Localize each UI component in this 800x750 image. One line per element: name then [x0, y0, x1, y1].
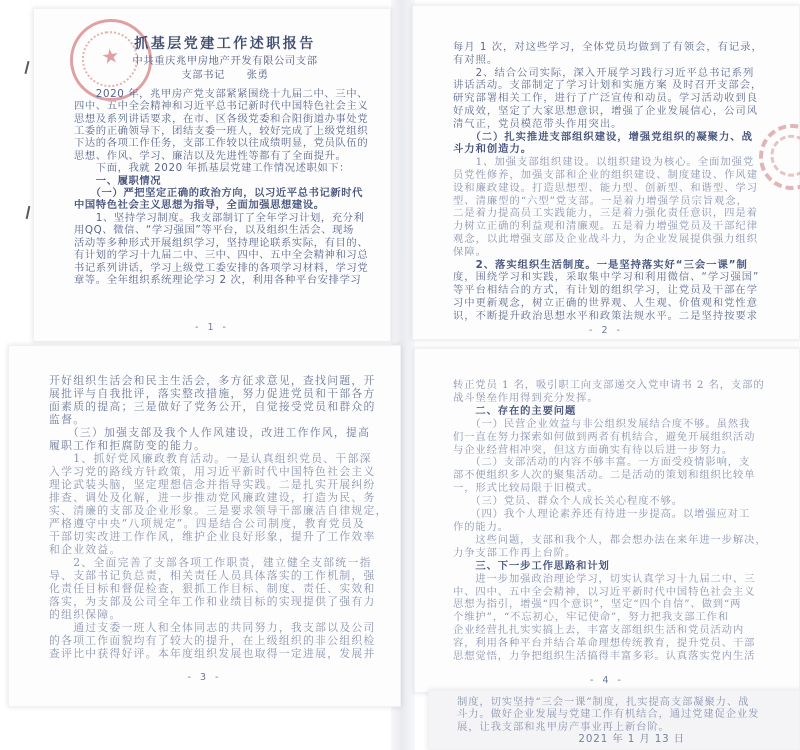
page-1: ★ 抓基层党建工作述职报告中共重庆兆甲房地产开发有限公司支部支部书记 张勇 20…: [33, 8, 391, 342]
text-line: 工委的正确领导下，团结支委一班人，较好完成了上级党组织: [74, 125, 376, 137]
text-line: 用QQ、微信、“学习强国”等平台，以及组织生活会、现场: [74, 224, 376, 236]
page-2: 每月 1 次，对这些学习，全体党员均做到了有领会，有记录，有对照。 2、结合公司…: [412, 5, 800, 340]
text-line: 抓基层党建工作述职报告: [74, 35, 376, 53]
text-line: 思想、作风、学习、廉洁以及先进性等都有了全面提升。: [74, 150, 376, 162]
text-line: 下面，我就 2020 年抓基层党建工作情况述职如下：: [74, 162, 376, 174]
text-line: 导、支部书记负总责，相关责任人员具体落实的工作机制，强: [49, 569, 386, 582]
text-line: 活动等多种形式开展组织学习，坚持理论联系实际，有目的、: [74, 237, 376, 249]
text-line: 开好组织生活会和民主生活会，多方征求意见，查找问题，开: [49, 374, 386, 387]
page-3-content: 开好组织生活会和民主生活会，多方征求意见，查找问题，开展批评与自我批评，落实整改…: [9, 346, 400, 660]
text-line: 思想及系列讲话要求，在市、区各级党委和合阳街道办事处党: [74, 113, 376, 125]
text-line: 斗力和创造力。: [453, 143, 781, 156]
text-line: 识，不断提升政治思想水平和政策法规水平。二是坚持按要求: [453, 310, 781, 323]
page-number: - 1 -: [34, 322, 390, 333]
page-number: - 3 -: [9, 672, 400, 683]
text-line: 力树立正确的利益观和清廉观。五是着力增强党员及干部纪律: [453, 220, 781, 233]
page-2-content: 每月 1 次，对这些学习，全体党员均做到了有领会，有记录，有对照。 2、结合公司…: [413, 6, 799, 323]
text-line: 讲话活动。支部制定了学习计划和实施方案 及时召开支部会，: [453, 79, 781, 92]
text-line: 履职工作和拒腐防变的能力。: [49, 439, 386, 452]
text-line: 中共重庆兆甲房地产开发有限公司支部: [74, 55, 376, 67]
text-line: 1、坚持学习制度。我支部制订了全年学习计划，充分利: [74, 212, 376, 224]
text-line: 观念，以此增强支部及企业战斗力，为企业发展提供强力组织: [453, 233, 781, 246]
text-line: 型、清廉型的“六型”党支部。一是着力增强学员宗旨观念，: [453, 195, 781, 208]
text-line: 下达的各项工作任务，支部工作较以往成绩明显，党员队伍的: [74, 137, 376, 149]
text-line: 清气正，党员模范带头作用突出。: [453, 118, 781, 131]
text-line: 和企业效益。: [49, 543, 386, 556]
text-line: 有对照。: [453, 54, 781, 67]
text-line: 进一步加强政治理论学习，切实认真学习十九届二中、三: [453, 573, 783, 586]
text-line: 容，利用各种平台并结合革命理想传统教育，提升党员、干部: [453, 637, 783, 650]
text-line: 制度，切实坚持“三会一课”制度，扎实提高支部凝聚力、战: [457, 696, 789, 708]
text-line: 落实，为支部及公司全年工作和业绩目标的实现提供了强有力: [49, 595, 386, 608]
text-line: 通过支委一班人和全体同志的共同努力，我支部以及公司: [49, 621, 386, 634]
text-line: 干部切实改进工作作风，维护企业良好形象，提升了工作效率: [49, 530, 386, 543]
text-line: 中国特色社会主义思想为指导，全面加强思想建设。: [74, 199, 376, 211]
text-line: 排查、调处及化解，进一步推动党风廉政建设，打造为民、务: [49, 491, 386, 504]
text-line: 三、下一步工作思路和计划: [453, 560, 783, 573]
text-line: 查评比中获得好评。本年度组织发展也取得一定进展，发展并: [49, 647, 386, 660]
text-line: 2021 年 1 月 13 日: [457, 733, 789, 745]
text-line: 二是着力提高员工实践能力，三是着力强化责任意识，四是着: [453, 207, 781, 220]
text-line: （四）我个人理论素养还有待进一步提高。以增强应对工: [453, 508, 783, 521]
text-line: 监督。: [49, 413, 386, 426]
text-line: 转正党员 1 名，吸引职工向支部递交入党申请书 2 名，支部的: [453, 379, 783, 392]
text-line: 个维护”，“不忘初心，牢记使命”，努力把我支部工作和: [453, 611, 783, 624]
text-line: 2、落实组织生活制度。一是坚持落实好“三会一课”制: [453, 259, 781, 272]
text-line: （一）严把坚定正确的政治方向，以习近平总书记新时代: [74, 187, 376, 199]
text-line: 这些问题，支部和我个人，都会想办法在来年进一步解决，: [453, 534, 783, 547]
page-4: 转正党员 1 名，吸引职工向支部递交入党申请书 2 名，支部的战斗堡垒作用得到充…: [414, 348, 800, 693]
text-line: 1、抓好党风廉政教育活动。一是认真组织党员、干部深: [49, 452, 386, 465]
text-line: 化责任目标和督促检查，狠抓工作目标、制度、责任、实效和: [49, 582, 386, 595]
text-line: 章等。全年组织系统理论学习 2 次，利用各种平台安排学习: [74, 274, 376, 286]
text-line: 员党性修养，加强支部和企业的组织建设、制度建设、作风建: [453, 169, 781, 182]
text-line: 展批评与自我批评，落实整改措施，努力促进党员和干部各方: [49, 387, 386, 400]
page-4-content: 转正党员 1 名，吸引职工向支部递交入党申请书 2 名，支部的战斗堡垒作用得到充…: [415, 349, 799, 663]
text-line: 设和廉政建设。打造思想型、能力型、创新型、和谐型、学习: [453, 182, 781, 195]
text-line: 保障。: [453, 246, 781, 259]
text-line: 研究部署相关工作，进行了广泛宣传和动员。学习活动收到良: [453, 92, 781, 105]
text-line: 1、加强支部组织建设。以组织建设为核心。全面加强党: [453, 156, 781, 169]
text-line: 等平台相结合的方式，有计划的组织学习，让党员及干部在学: [453, 284, 781, 297]
text-line: 习中更新观念，树立正确的世界观、人生观、价值观和党性意: [453, 297, 781, 310]
page-5: 制度，切实坚持“三会一课”制度，扎实提高支部凝聚力、战斗力。做好企业发展与党建工…: [428, 690, 800, 750]
text-line: 2020 年，兆甲房产党支部紧紧围绕十九届二中、三中、: [74, 88, 376, 100]
text-line: 2、全面完善了支部各项工作职责，建立健全支部统一指: [49, 556, 386, 569]
text-line: 书记系列讲话，学习上级党工委安排的各项学习材料，学习党: [74, 262, 376, 274]
text-line: 们一直在努力探索如何做到两者有机结合，避免开展组织活动: [453, 431, 783, 444]
text-line: 部不便组织多人次的聚集活动。二是活动的策划和组织比较单: [453, 469, 783, 482]
text-line: 好成效，坚定了大家思想意识，增强了企业发展信心，公司风: [453, 105, 781, 118]
text-line: 思想为指引，增强“四个意识”，坚定“四个自信”、做到“两: [453, 598, 783, 611]
text-line: 力争支部工作再上台阶。: [453, 547, 783, 560]
text-line: 斗力。做好企业发展与党建工作有机结合，通过党建促企业发: [457, 708, 789, 720]
binding-mark-icon: [26, 206, 31, 219]
text-line: （二）扎实推进支部组织建设，增强党组织的凝聚力、战: [453, 131, 781, 144]
text-line: 作的能力。: [453, 521, 783, 534]
page-5-content: 制度，切实坚持“三会一课”制度，扎实提高支部凝聚力、战斗力。做好企业发展与党建工…: [429, 691, 799, 746]
text-line: （一）民营企业效益与非公组织发展结合度不够。虽然我: [453, 418, 783, 431]
page-3: 开好组织生活会和民主生活会，多方征求意见，查找问题，开展批评与自我批评，落实整改…: [8, 345, 401, 707]
text-line: 入学习党的路线方针政策，用习近平新时代中国特色社会主义: [49, 465, 386, 478]
text-line: （二）支部活动的内容不够丰富。一方面受疫情影响，支: [453, 456, 783, 469]
text-line: 实、清廉的支部及企业形象。三是要求领导干部廉洁自律规定，: [49, 504, 386, 517]
text-line: 每月 1 次，对这些学习，全体党员均做到了有领会，有记录，: [453, 41, 781, 54]
text-line: 与企业经营相冲突，但这方面确实有待以后进一步努力。: [453, 444, 783, 457]
page-1-content: 抓基层党建工作述职报告中共重庆兆甲房地产开发有限公司支部支部书记 张勇 2020…: [34, 9, 390, 286]
text-line: （三）加强支部及我个人作风建设，改进工作作风，提高: [49, 426, 386, 439]
page-number: - 2 -: [413, 325, 799, 336]
text-line: 二、存在的主要问题: [453, 405, 783, 418]
text-line: 一，形式比较局限于旧模式。: [453, 482, 783, 495]
text-line: 的组织保障。: [49, 608, 386, 621]
text-line: （三）党员、群众个人成长关心程度不够。: [453, 495, 783, 508]
binding-mark-icon: [24, 61, 29, 74]
text-line: 展，让我支部和兆甲房产事业再上新台阶。: [457, 721, 789, 733]
text-line: 思想觉悟，力争把组织生活搞得丰富多彩。认真落实党内生活: [453, 650, 783, 663]
text-line: 度，围绕学习和实践，采取集中学习和利用微信、“学习强国”: [453, 271, 781, 284]
text-line: 支部书记 张勇: [74, 69, 376, 81]
text-line: 中、四中、五中全会精神，以习近平新时代中国特色社会主义: [453, 586, 783, 599]
text-line: 面素质的提高；三是做好了党务公开，自觉接受党员和群众的: [49, 400, 386, 413]
scanned-document-canvas: ★ 抓基层党建工作述职报告中共重庆兆甲房地产开发有限公司支部支部书记 张勇 20…: [0, 0, 800, 750]
text-line: 理论武装头脑，坚定理想信念并指导实践。二是扎实开展纠纷: [49, 478, 386, 491]
text-line: 的各项工作面貌均有了较大的提升，在上级组织的非公组织检: [49, 634, 386, 647]
text-line: 一、履职情况: [74, 175, 376, 187]
text-line: 战斗堡垒作用得到充分发挥。: [453, 392, 783, 405]
text-line: 严格遵守中央“八项规定”。四是结合公司制度，教育党员及: [49, 517, 386, 530]
text-line: 有计划的学习十九届二中、三中、四中、五中全会精神和习总: [74, 249, 376, 261]
text-line: 2、结合公司实际，深入开展学习践行习近平总书记系列: [453, 67, 781, 80]
text-line: 四中、五中全会精神和习近平总书记新时代中国特色社会主义: [74, 100, 376, 112]
text-line: 企业经营扎扎实实搞上去，丰富支部组织生活和党员活动内: [453, 624, 783, 637]
page-number: - 4 -: [415, 675, 799, 686]
